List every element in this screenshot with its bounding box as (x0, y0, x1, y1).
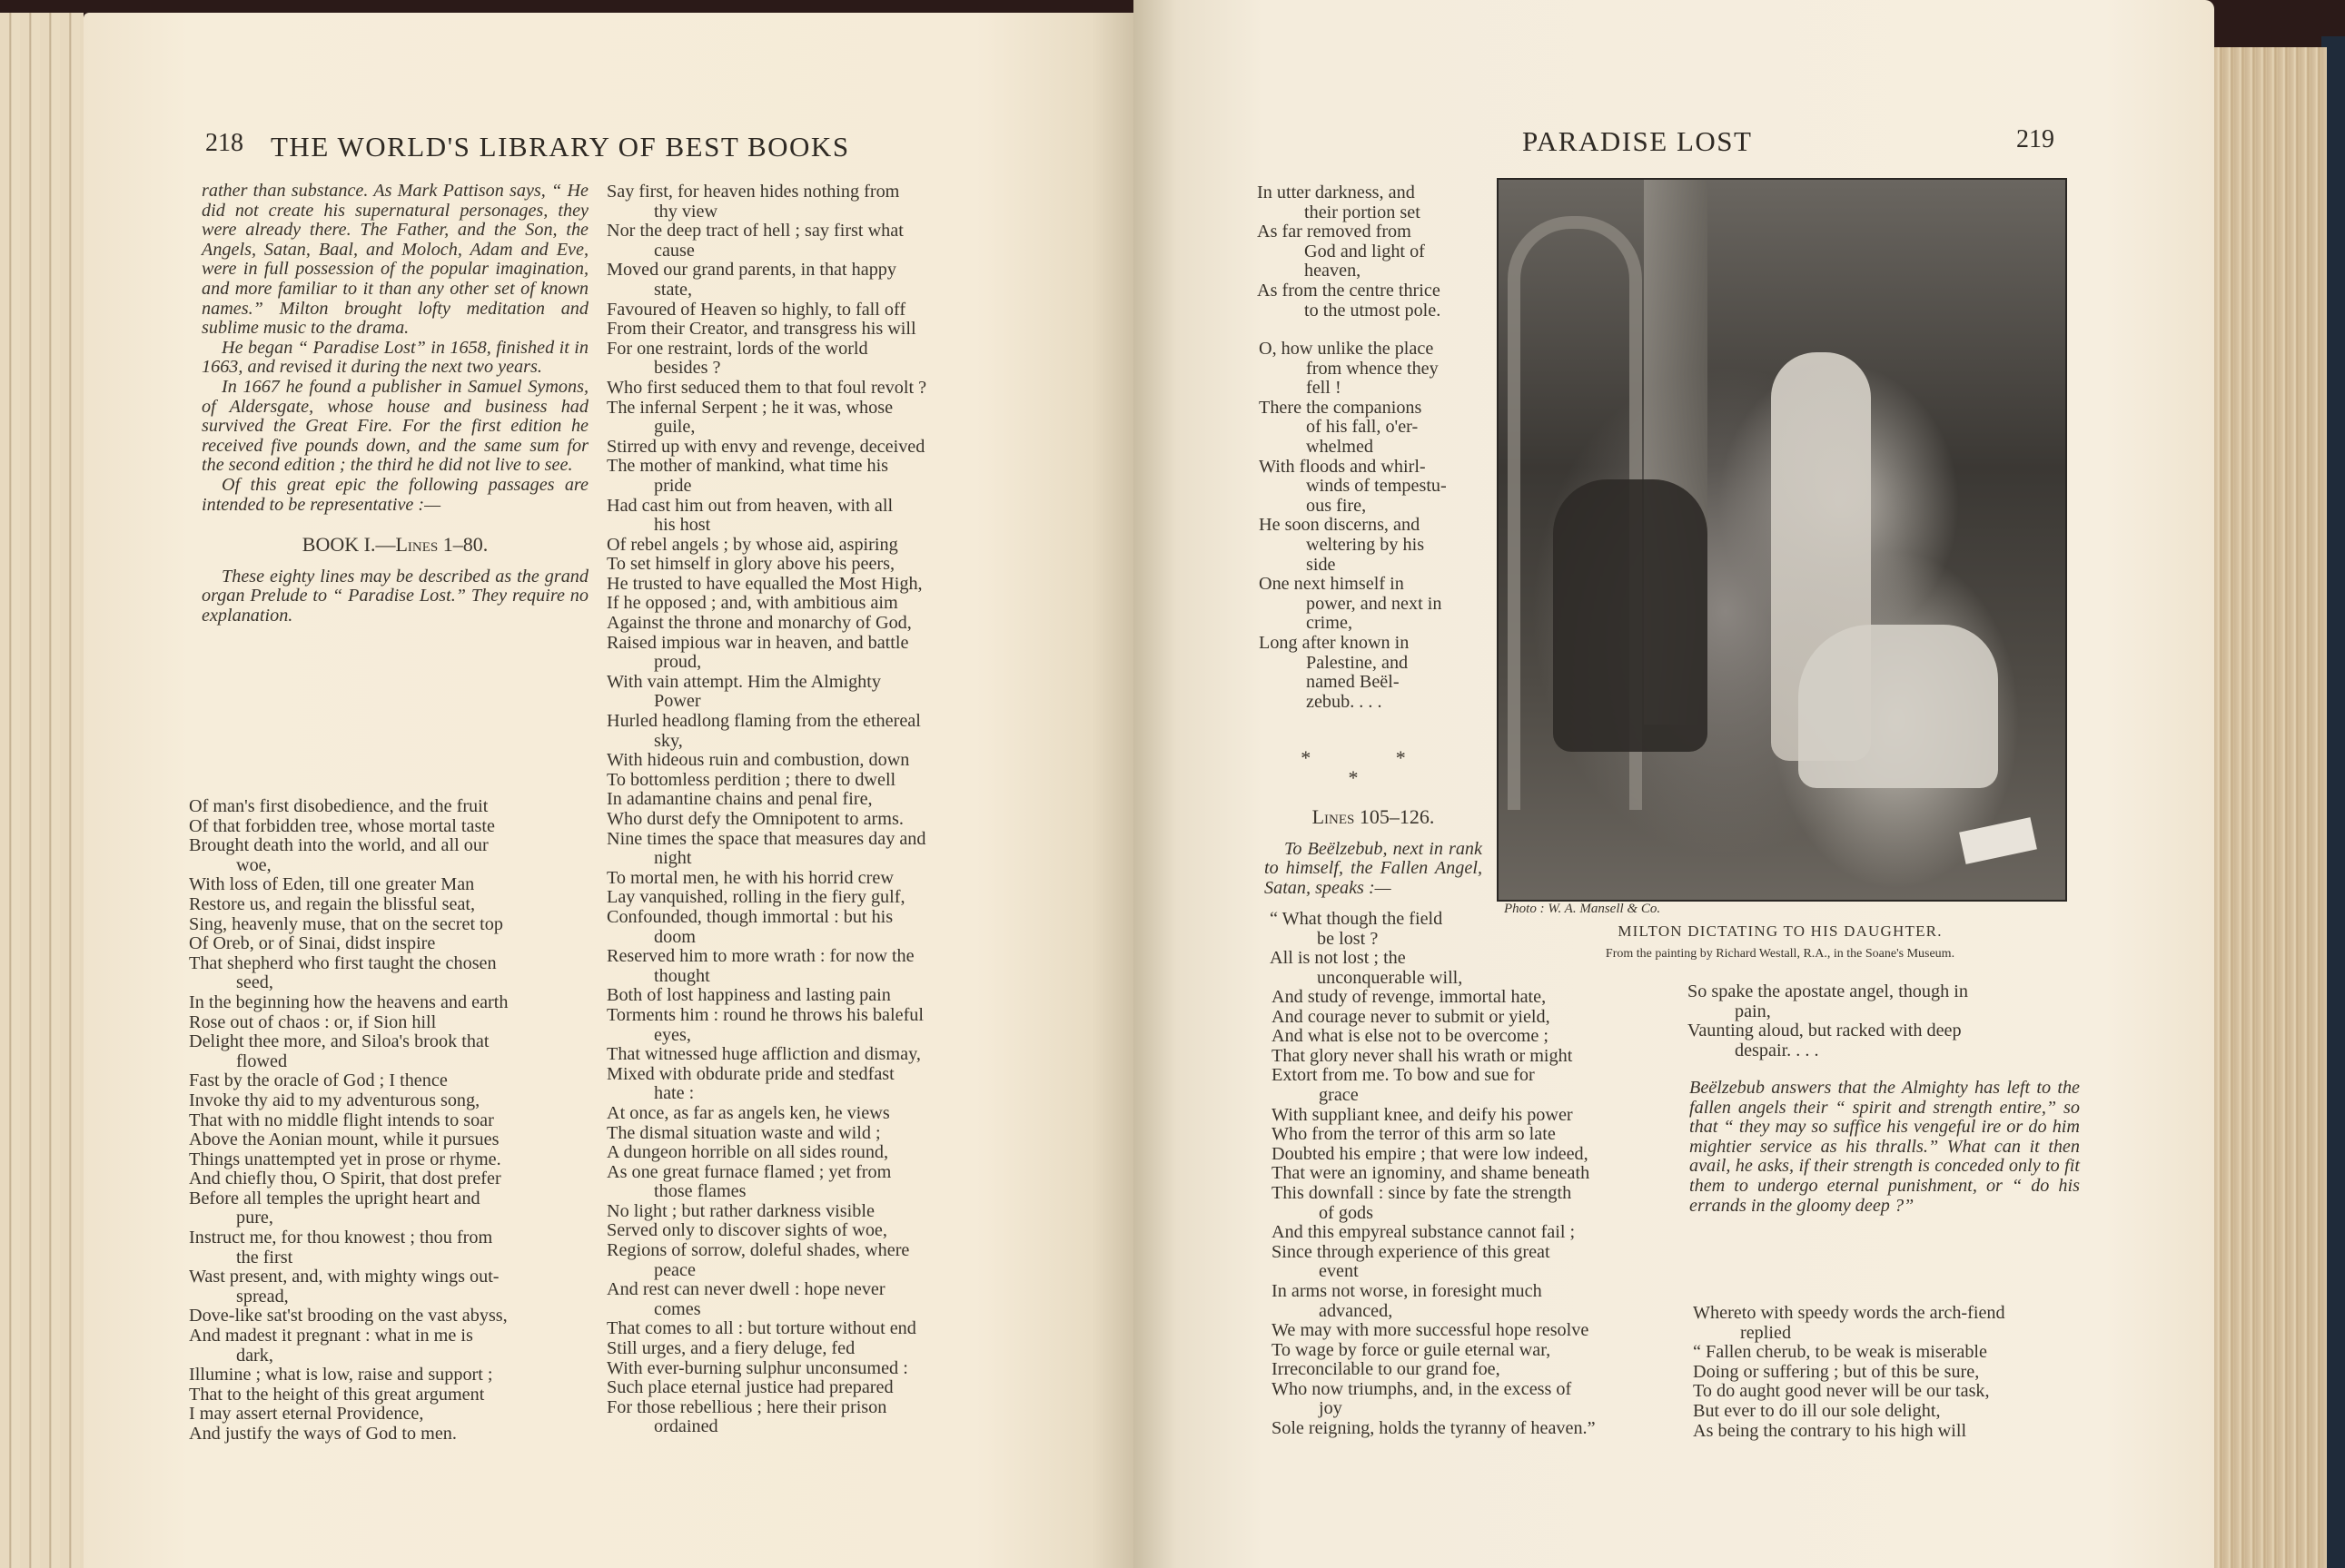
verse-line: hate : (607, 1084, 1006, 1104)
verse-line: Before all temples the upright heart and (189, 1189, 589, 1209)
verse-line: power, and next in (1259, 595, 1477, 615)
verse-line: In utter darkness, and (1257, 183, 1475, 203)
verse-line: To bottomless perdition ; there to dwell (607, 771, 1006, 791)
verse-line: And madest it pregnant : what in me is (189, 1326, 589, 1346)
verse-line: Doubted his empire ; that were low indee… (1271, 1145, 1671, 1165)
verse-line: At once, as far as angels ken, he views (607, 1104, 1006, 1124)
verse-line: And this empyreal substance cannot fail … (1271, 1223, 1671, 1243)
verse-line: Both of lost happiness and lasting pain (607, 986, 1006, 1006)
verse-line: cause (607, 242, 1006, 261)
verse-line: Of Oreb, or of Sinai, didst inspire (189, 934, 589, 954)
section-heading-lines-105: Lines 105–126. (1264, 807, 1482, 827)
verse-line: Fast by the oracle of God ; I thence (189, 1071, 589, 1091)
intro-prose: rather than substance. As Mark Pattison … (202, 182, 589, 626)
right-verse-b: Whereto with speedy words the arch-fiend… (1693, 1304, 2093, 1441)
verse-line: As one great furnace flamed ; yet from (607, 1163, 1006, 1183)
verse-line: Above the Aonian mount, while it pursues (189, 1130, 589, 1150)
verse-line: of his fall, o'er- (1259, 418, 1477, 438)
illustration-book (1959, 817, 2037, 864)
verse-line: sky, (607, 732, 1006, 752)
verse-line: Confounded, though immortal : but his (607, 908, 1006, 928)
verse-line: pain, (1687, 1002, 2087, 1022)
running-head-right: PARADISE LOST (1522, 125, 1752, 158)
verse-line: To mortal men, he with his horrid crew (607, 869, 1006, 889)
verse-line: As being the contrary to his high will (1693, 1422, 2093, 1442)
verse-line: With floods and whirl- (1259, 458, 1477, 478)
verse-line: Mixed with obdurate pride and stedfast (607, 1065, 1006, 1085)
verse-line: Favoured of Heaven so highly, to fall of… (607, 301, 1006, 321)
intro-paragraph: He began “ Paradise Lost” in 1658, finis… (202, 339, 589, 378)
verse-line: But ever to do ill our sole delight, (1693, 1402, 2093, 1422)
verse-line: And study of revenge, immortal hate, (1271, 988, 1671, 1008)
verse-line: crime, (1259, 614, 1477, 634)
left-page-edges (0, 13, 84, 1568)
verse-line: As far removed from (1257, 222, 1475, 242)
verse-line: He soon discerns, and (1259, 516, 1477, 536)
right-page-edges (2212, 47, 2327, 1568)
verse-line: And justify the ways of God to men. (189, 1425, 589, 1445)
verse-line: Since through experience of this great (1271, 1243, 1671, 1263)
verse-line: The mother of mankind, what time his (607, 457, 1006, 477)
verse-line: As from the centre thrice (1257, 281, 1475, 301)
verse-line: That glory never shall his wrath or migh… (1271, 1047, 1671, 1067)
running-head-left: THE WORLD'S LIBRARY OF BEST BOOKS (271, 131, 850, 163)
verse-line: He trusted to have equalled the Most Hig… (607, 575, 1006, 595)
verse-line: weltering by his (1259, 536, 1477, 556)
verse-line: Regions of sorrow, doleful shades, where (607, 1241, 1006, 1261)
photo-credit: Photo : W. A. Mansell & Co. (1504, 902, 1660, 917)
verse-line: Wast present, and, with mighty wings out… (189, 1267, 589, 1287)
verse-line: Stirred up with envy and revenge, deceiv… (607, 438, 1006, 458)
verse-line: night (607, 849, 1006, 869)
right-note-text: Beëlzebub answers that the Almighty has … (1689, 1079, 2080, 1216)
verse-line: With suppliant knee, and deify his power (1271, 1106, 1671, 1126)
verse-line: winds of tempestu- (1259, 477, 1477, 497)
section-note-right: To Beëlzebub, next in rank to himself, t… (1264, 840, 1482, 899)
verse-line: Moved our grand parents, in that happy (607, 261, 1006, 281)
verse-line: from whence they (1259, 360, 1477, 380)
verse-line: God and light of (1257, 242, 1475, 262)
verse-line: That were an ignominy, and shame beneath (1271, 1164, 1671, 1184)
verse-line: I may assert eternal Providence, (189, 1405, 589, 1425)
verse-line: be lost ? (1270, 930, 1488, 950)
verse-line: The dismal situation waste and wild ; (607, 1124, 1006, 1144)
verse-line: pure, (189, 1208, 589, 1228)
verse-line: Restore us, and regain the blissful seat… (189, 895, 589, 915)
verse-line: That comes to all : but torture without … (607, 1319, 1006, 1339)
verse-line: Instruct me, for thou knowest ; thou fro… (189, 1228, 589, 1248)
verse-line: the first (189, 1248, 589, 1268)
verse-line: Still urges, and a fiery deluge, fed (607, 1339, 1006, 1359)
verse-line: If he opposed ; and, with ambitious aim (607, 594, 1006, 614)
verse-line: of gods (1271, 1204, 1671, 1224)
verse-line: thought (607, 967, 1006, 987)
verse-line: Who from the terror of this arm so late (1271, 1125, 1671, 1145)
verse-line: guile, (607, 418, 1006, 438)
verse-line: dark, (189, 1346, 589, 1366)
speech-wide: And study of revenge, immortal hate,And … (1271, 988, 1671, 1439)
illustration-milton-figure (1553, 479, 1707, 752)
verse-line: From their Creator, and transgress his w… (607, 320, 1006, 340)
verse-line: replied (1693, 1324, 2093, 1344)
section-block-right: * * * Lines 105–126. To Beëlzebub, next … (1264, 726, 1482, 899)
verse-line: named Beël- (1259, 673, 1477, 693)
verse-line: And rest can never dwell : hope never (607, 1280, 1006, 1300)
page-number-left: 218 (205, 129, 243, 158)
verse-line: Delight thee more, and Siloa's brook tha… (189, 1032, 589, 1052)
verse-line: So spake the apostate angel, though in (1687, 982, 2087, 1002)
page-number-right: 219 (2016, 125, 2054, 154)
verse-line: No light ; but rather darkness visible (607, 1202, 1006, 1222)
verse-line: fell ! (1259, 379, 1477, 399)
verse-line: Of rebel angels ; by whose aid, aspiring (607, 536, 1006, 556)
illustration-title: MILTON DICTATING TO HIS DAUGHTER. (1497, 922, 2063, 941)
verse-line: That with no middle flight intends to so… (189, 1111, 589, 1131)
verse-line: Torments him : round he throws his balef… (607, 1006, 1006, 1026)
illustration-daughter-writing (1798, 625, 1998, 788)
verse-line: To wage by force or guile eternal war, (1271, 1341, 1671, 1361)
intro-paragraph: Of this great epic the following passage… (202, 476, 589, 515)
verse-line: Irreconcilable to our grand foe, (1271, 1360, 1671, 1380)
verse-line: those flames (607, 1182, 1006, 1202)
verse-line: In adamantine chains and penal fire, (607, 790, 1006, 810)
verse-line: O, how unlike the place (1259, 340, 1477, 360)
verse-line: Brought death into the world, and all ou… (189, 836, 589, 856)
verse-line: Served only to discover sights of woe, (607, 1221, 1006, 1241)
verse-line: This downfall : since by fate the streng… (1271, 1184, 1671, 1204)
right-note: Beëlzebub answers that the Almighty has … (1689, 1079, 2080, 1216)
verse-line: flowed (189, 1052, 589, 1072)
verse-line: Raised impious war in heaven, and battle (607, 634, 1006, 654)
verse-line: Dove-like sat'st brooding on the vast ab… (189, 1307, 589, 1326)
verse-line: That shepherd who first taught the chose… (189, 954, 589, 974)
verse-line: Sing, heavenly muse, that on the secret … (189, 915, 589, 935)
verse-line: seed, (189, 973, 589, 993)
verse-line: To do aught good never will be our task, (1693, 1382, 2093, 1402)
verse-line: pride (607, 477, 1006, 497)
verse-line: “ What though the field (1270, 910, 1488, 930)
verse-line: unconquerable will, (1270, 969, 1488, 989)
verse-line: Lay vanquished, rolling in the fiery gul… (607, 888, 1006, 908)
verse-line: to the utmost pole. (1257, 301, 1475, 321)
verse-line: Reserved him to more wrath : for now the (607, 947, 1006, 967)
verse-line: The infernal Serpent ; he it was, whose (607, 399, 1006, 419)
verse-line: One next himself in (1259, 575, 1477, 595)
verse-line: state, (607, 281, 1006, 301)
verse-line: Such place eternal justice had prepared (607, 1378, 1006, 1398)
verse-line: A dungeon horrible on all sides round, (607, 1143, 1006, 1163)
verse-line: That witnessed huge affliction and disma… (607, 1045, 1006, 1065)
verse-line: And what is else not to be overcome ; (1271, 1027, 1671, 1047)
verse-line: There the companions (1259, 399, 1477, 419)
verse-line: In arms not worse, in foresight much (1271, 1282, 1671, 1302)
verse-line: heaven, (1257, 261, 1475, 281)
verse-line: Doing or suffering ; but of this be sure… (1693, 1363, 2093, 1383)
verse-line: Who first seduced them to that foul revo… (607, 379, 1006, 399)
intro-paragraph: rather than substance. As Mark Pattison … (202, 182, 589, 339)
verse-line: whelmed (1259, 438, 1477, 458)
verse-line: proud, (607, 653, 1006, 673)
verse-line: side (1259, 556, 1477, 576)
verse-line: joy (1271, 1399, 1671, 1419)
illustration-source: From the painting by Richard Westall, R.… (1497, 947, 2063, 962)
section-heading-book-1: BOOK I.—Lines 1–80. (202, 535, 589, 555)
verse-line: Of man's first disobedience, and the fru… (189, 797, 589, 817)
verse-line: Had cast him out from heaven, with all (607, 497, 1006, 517)
verse-line: With hideous ruin and combustion, down (607, 751, 1006, 771)
verse-line: Nine times the space that measures day a… (607, 830, 1006, 850)
verse-line: Things unattempted yet in prose or rhyme… (189, 1150, 589, 1170)
verse-line: Against the throne and monarchy of God, (607, 614, 1006, 634)
verse-line: Who durst defy the Omnipotent to arms. (607, 810, 1006, 830)
verse-line: Of that forbidden tree, whose mortal tas… (189, 817, 589, 837)
section-divider-stars: * * * (1264, 748, 1482, 787)
verse-line: Palestine, and (1259, 654, 1477, 674)
verse-line: For those rebellious ; here their prison (607, 1398, 1006, 1418)
verse-line: thy view (607, 202, 1006, 222)
verse-line: grace (1271, 1086, 1671, 1106)
verse-line: Say first, for heaven hides nothing from (607, 182, 1006, 202)
verse-line: With ever-burning sulphur unconsumed : (607, 1359, 1006, 1379)
verse-line: Long after known in (1259, 634, 1477, 654)
verse-line: peace (607, 1261, 1006, 1281)
verse-line: And courage never to submit or yield, (1271, 1008, 1671, 1028)
verse-line: “ Fallen cherub, to be weak is miserable (1693, 1343, 2093, 1363)
verse-line: With vain attempt. Him the Almighty (607, 673, 1006, 693)
verse-line: doom (607, 928, 1006, 948)
verse-line: That to the height of this great argumen… (189, 1386, 589, 1405)
verse-line: ordained (607, 1417, 1006, 1437)
verse-line: Illumine ; what is low, raise and suppor… (189, 1366, 589, 1386)
verse-line: Extort from me. To bow and sue for (1271, 1066, 1671, 1086)
verse-line: We may with more successful hope resolve (1271, 1321, 1671, 1341)
verse-column-1: Of man's first disobedience, and the fru… (189, 797, 589, 1445)
verse-line: To set himself in glory above his peers, (607, 555, 1006, 575)
narrow-verse-a: In utter darkness, andtheir portion setA… (1257, 183, 1475, 321)
illustration-milton-dictating (1497, 178, 2067, 902)
narrow-verse-b: O, how unlike the placefrom whence theyf… (1259, 340, 1477, 712)
verse-line: spread, (189, 1287, 589, 1307)
verse-line: besides ? (607, 359, 1006, 379)
section-note: These eighty lines may be described as t… (202, 567, 589, 626)
verse-line: ous fire, (1259, 497, 1477, 517)
verse-line: zebub. . . . (1259, 693, 1477, 713)
verse-line: Nor the deep tract of hell ; say first w… (607, 222, 1006, 242)
verse-line: their portion set (1257, 203, 1475, 223)
verse-line: Whereto with speedy words the arch-fiend (1693, 1304, 2093, 1324)
right-verse-a: So spake the apostate angel, though inpa… (1687, 982, 2087, 1060)
verse-line: Rose out of chaos : or, if Sion hill (189, 1013, 589, 1033)
verse-line: woe, (189, 856, 589, 876)
verse-line: In the beginning how the heavens and ear… (189, 993, 589, 1013)
speech-narrow: “ What though the fieldbe lost ?All is n… (1270, 910, 1488, 988)
verse-line: All is not lost ; the (1270, 949, 1488, 969)
verse-line: With loss of Eden, till one greater Man (189, 875, 589, 895)
verse-line: Sole reigning, holds the tyranny of heav… (1271, 1419, 1671, 1439)
verse-line: For one restraint, lords of the world (607, 340, 1006, 360)
intro-paragraph: In 1667 he found a publisher in Samuel S… (202, 378, 589, 476)
verse-line: event (1271, 1262, 1671, 1282)
verse-line: Vaunting aloud, but racked with deep (1687, 1021, 2087, 1041)
verse-column-2: Say first, for heaven hides nothing from… (607, 182, 1006, 1437)
verse-line: Hurled headlong flaming from the etherea… (607, 712, 1006, 732)
verse-line: despair. . . . (1687, 1041, 2087, 1061)
verse-line: Who now triumphs, and, in the excess of (1271, 1380, 1671, 1400)
verse-line: Power (607, 692, 1006, 712)
verse-line: his host (607, 516, 1006, 536)
verse-line: Invoke thy aid to my adventurous song, (189, 1091, 589, 1111)
verse-line: advanced, (1271, 1302, 1671, 1322)
verse-line: eyes, (607, 1026, 1006, 1046)
verse-line: And chiefly thou, O Spirit, that dost pr… (189, 1169, 589, 1189)
verse-line: comes (607, 1300, 1006, 1320)
